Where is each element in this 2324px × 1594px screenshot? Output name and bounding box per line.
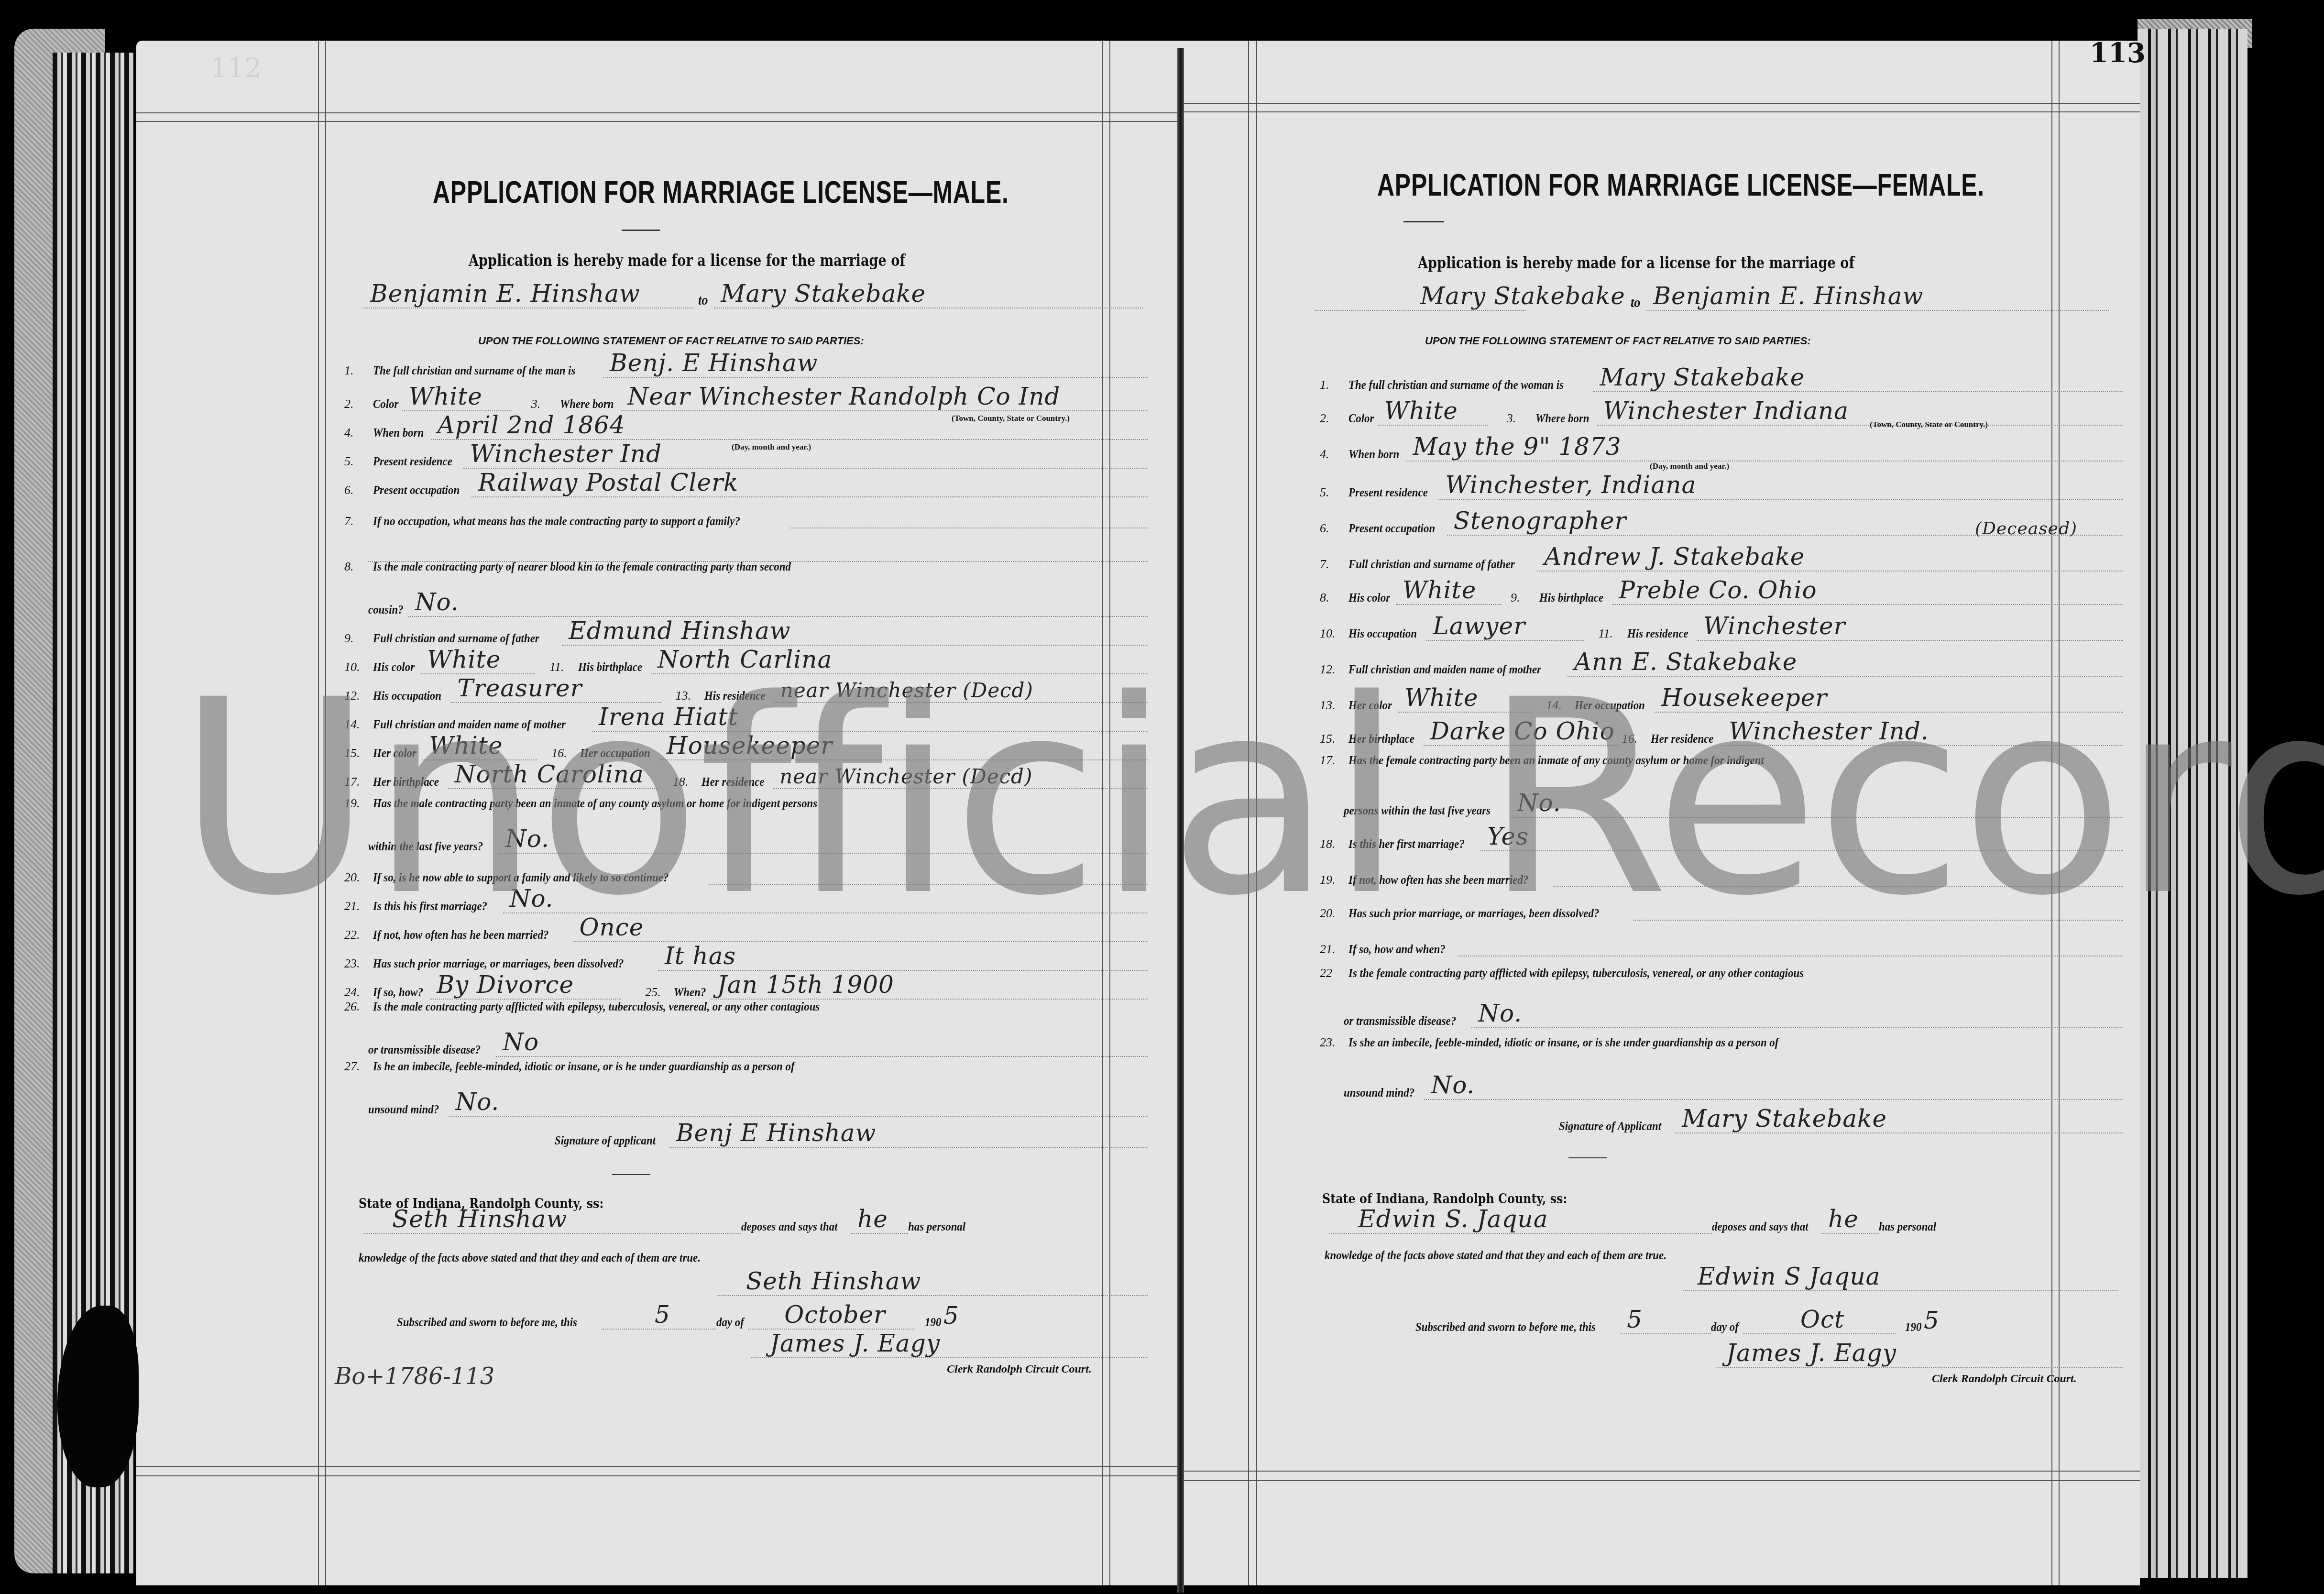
male-item-6: 6. Present occupation Railway Postal Cle… (344, 469, 1148, 497)
female-item-19: 19. If not, how often has she been marri… (1320, 858, 2123, 887)
female-party-a: Mary Stakebake (1315, 282, 1525, 311)
page-number: 113 (2090, 37, 2146, 69)
male-deponent-signature-row: Seth Hinshaw (717, 1267, 1148, 1296)
male-residence-value: Winchester Ind (463, 440, 1148, 469)
male-clerk-signature-row: James J. Eagy (751, 1330, 1148, 1358)
male-item-2-3: 2. Color White 3. Where born Near Winche… (344, 383, 1148, 411)
female-applicant-signature: Mary Stakebake (1675, 1105, 2123, 1133)
male-form-title: APPLICATION FOR MARRIAGE LICENSE—MALE. (433, 175, 1009, 210)
male-item-10-11: 10. His color White 11. His birthplace N… (344, 646, 1148, 674)
female-item-12: 12. Full christian and maiden name of mo… (1320, 648, 2123, 677)
male-mother-value: Irena Hiatt (592, 703, 1148, 732)
male-item-4: 4. When born April 2nd 1864 (344, 411, 1148, 440)
male-item-23: 23. Has such prior marriage, or marriage… (344, 942, 1148, 971)
title-divider (622, 230, 660, 231)
male-intro-text: Application is hereby made for a license… (469, 251, 905, 270)
male-birthdate-value: April 2nd 1864 (431, 411, 1148, 440)
title-divider (1403, 221, 1444, 222)
female-deponent-signature-row: Edwin S Jaqua (1683, 1263, 2118, 1291)
female-intro-text: Application is hereby made for a license… (1418, 253, 1854, 273)
female-statement-caption: UPON THE FOLLOWING STATEMENT OF FACT REL… (1425, 335, 1811, 347)
male-father-value: Edmund Hinshaw (562, 617, 1148, 646)
female-item-23: 23. Is she an imbecile, feeble-minded, i… (1320, 1035, 2123, 1050)
female-item-13-14: 13. Her color White 14. Her occupation H… (1320, 684, 2123, 713)
female-item-8-9: 8. His color White 9. His birthplace Pre… (1320, 576, 2123, 605)
female-subscribed-row: Subscribed and sworn to before me, this … (1415, 1306, 2118, 1334)
female-clerk-signature-row: James J. Eagy (1717, 1339, 2123, 1368)
male-item-22: 22. If not, how often has he been marrie… (344, 913, 1148, 942)
male-blood-kin-value: No. (408, 588, 1148, 617)
male-occupation-value: Railway Postal Clerk (471, 469, 1148, 497)
male-signature-row: Signature of applicant Benj E Hinshaw (555, 1119, 1148, 1148)
male-deposition-row: Seth Hinshaw deposes and says that he ha… (363, 1205, 1148, 1234)
male-item-24-25: 24. If so, how? By Divorce 25. When? Jan… (344, 971, 1148, 1000)
female-item-15-16: 15. Her birthplace Darke Co Ohio 16. Her… (1320, 717, 2123, 746)
male-party-a: Benjamin E. Hinshaw (363, 280, 693, 308)
female-deposition-row: Edwin S. Jaqua deposes and says that he … (1329, 1205, 2118, 1234)
male-item-14: 14. Full christian and maiden name of mo… (344, 703, 1148, 732)
father-deceased-note: (Deceased) (1975, 519, 2077, 539)
female-item-5: 5. Present residence Winchester, Indiana (1320, 471, 2123, 500)
male-item-8: 8. Is the male contracting party of near… (344, 560, 1148, 574)
male-subscribed-row: Subscribed and sworn to before me, this … (397, 1301, 1148, 1330)
male-applicant-signature: Benj E Hinshaw (669, 1119, 1148, 1148)
to-word: to (698, 292, 708, 308)
female-form-title: APPLICATION FOR MARRIAGE LICENSE—FEMALE. (1377, 167, 1984, 203)
female-item-20: 20. Has such prior marriage, or marriage… (1320, 892, 2123, 921)
female-item-22: 22 Is the female contracting party affli… (1320, 966, 2123, 980)
margin-reference-note: Bo+1786-113 (335, 1363, 494, 1390)
male-parties-row: Benjamin E. Hinshaw to Mary Stakebake (363, 280, 1143, 308)
male-item-26: 26. Is the male contracting party afflic… (344, 1000, 1148, 1014)
male-item-17-18: 17. Her birthplace North Carolina 18. He… (344, 760, 1148, 789)
male-birthplace-value: Near Winchester Randolph Co Ind (621, 383, 1148, 411)
female-item-18: 18. Is this her first marriage? Yes (1320, 823, 2123, 851)
male-item-5: 5. Present residence Winchester Ind (344, 440, 1148, 469)
female-item-17: 17. Has the female contracting party bee… (1320, 753, 2123, 768)
male-party-b: Mary Stakebake (714, 280, 1143, 308)
female-state-line: State of Indiana, Randolph County, ss: (1322, 1191, 1567, 1207)
female-item-10-11: 10. His occupation Lawyer 11. His reside… (1320, 612, 2123, 641)
book-gutter (1177, 48, 1184, 1593)
male-item-27: 27. Is he an imbecile, feeble-minded, id… (344, 1059, 1148, 1074)
female-item-7: 7. Full christian and surname of father … (1320, 543, 2123, 572)
male-item-9: 9. Full christian and surname of father … (344, 617, 1148, 646)
male-knowledge-text: knowledge of the facts above stated and … (359, 1251, 747, 1265)
male-item-20: 20. If so, is he now able to support a f… (344, 856, 1148, 885)
female-party-b: Benjamin E. Hinshaw (1646, 282, 2109, 311)
male-item-15-16: 15. Her color White 16. Her occupation H… (344, 732, 1148, 760)
female-deponent: Edwin S. Jaqua (1329, 1205, 1712, 1234)
male-item-21: 21. Is this his first marriage? No. (344, 885, 1148, 913)
male-item-1: 1. The full christian and surname of the… (344, 349, 1148, 378)
female-parties-row: Mary Stakebake to Benjamin E. Hinshaw (1315, 282, 2109, 311)
male-statement-caption: UPON THE FOLLOWING STATEMENT OF FACT REL… (478, 335, 864, 347)
male-item-19: 19. Has the male contracting party been … (344, 796, 1148, 811)
female-signature-row: Signature of Applicant Mary Stakebake (1559, 1105, 2123, 1133)
ghost-page-number: 112 (210, 53, 262, 84)
female-item-21: 21. If so, how and when? (1320, 928, 2123, 956)
female-item-1: 1. The full christian and surname of the… (1320, 363, 2123, 392)
male-name-value: Benj. E Hinshaw (603, 349, 1148, 378)
female-item-2-3: 2. Color White 3. Where born Winchester … (1320, 397, 2123, 426)
male-color-value: White (402, 383, 512, 411)
male-deponent: Seth Hinshaw (363, 1205, 741, 1234)
male-item-7: 7. If no occupation, what means has the … (344, 500, 1148, 528)
page-stack-right (2138, 29, 2247, 1578)
female-item-4: 4. When born May the 9" 1873 (1320, 433, 2123, 462)
female-name-value: Mary Stakebake (1593, 363, 2123, 392)
male-item-12-13: 12. His occupation Treasurer 13. His res… (344, 674, 1148, 703)
female-knowledge-text: knowledge of the facts above stated and … (1325, 1248, 1713, 1263)
to-word: to (1631, 295, 1641, 311)
